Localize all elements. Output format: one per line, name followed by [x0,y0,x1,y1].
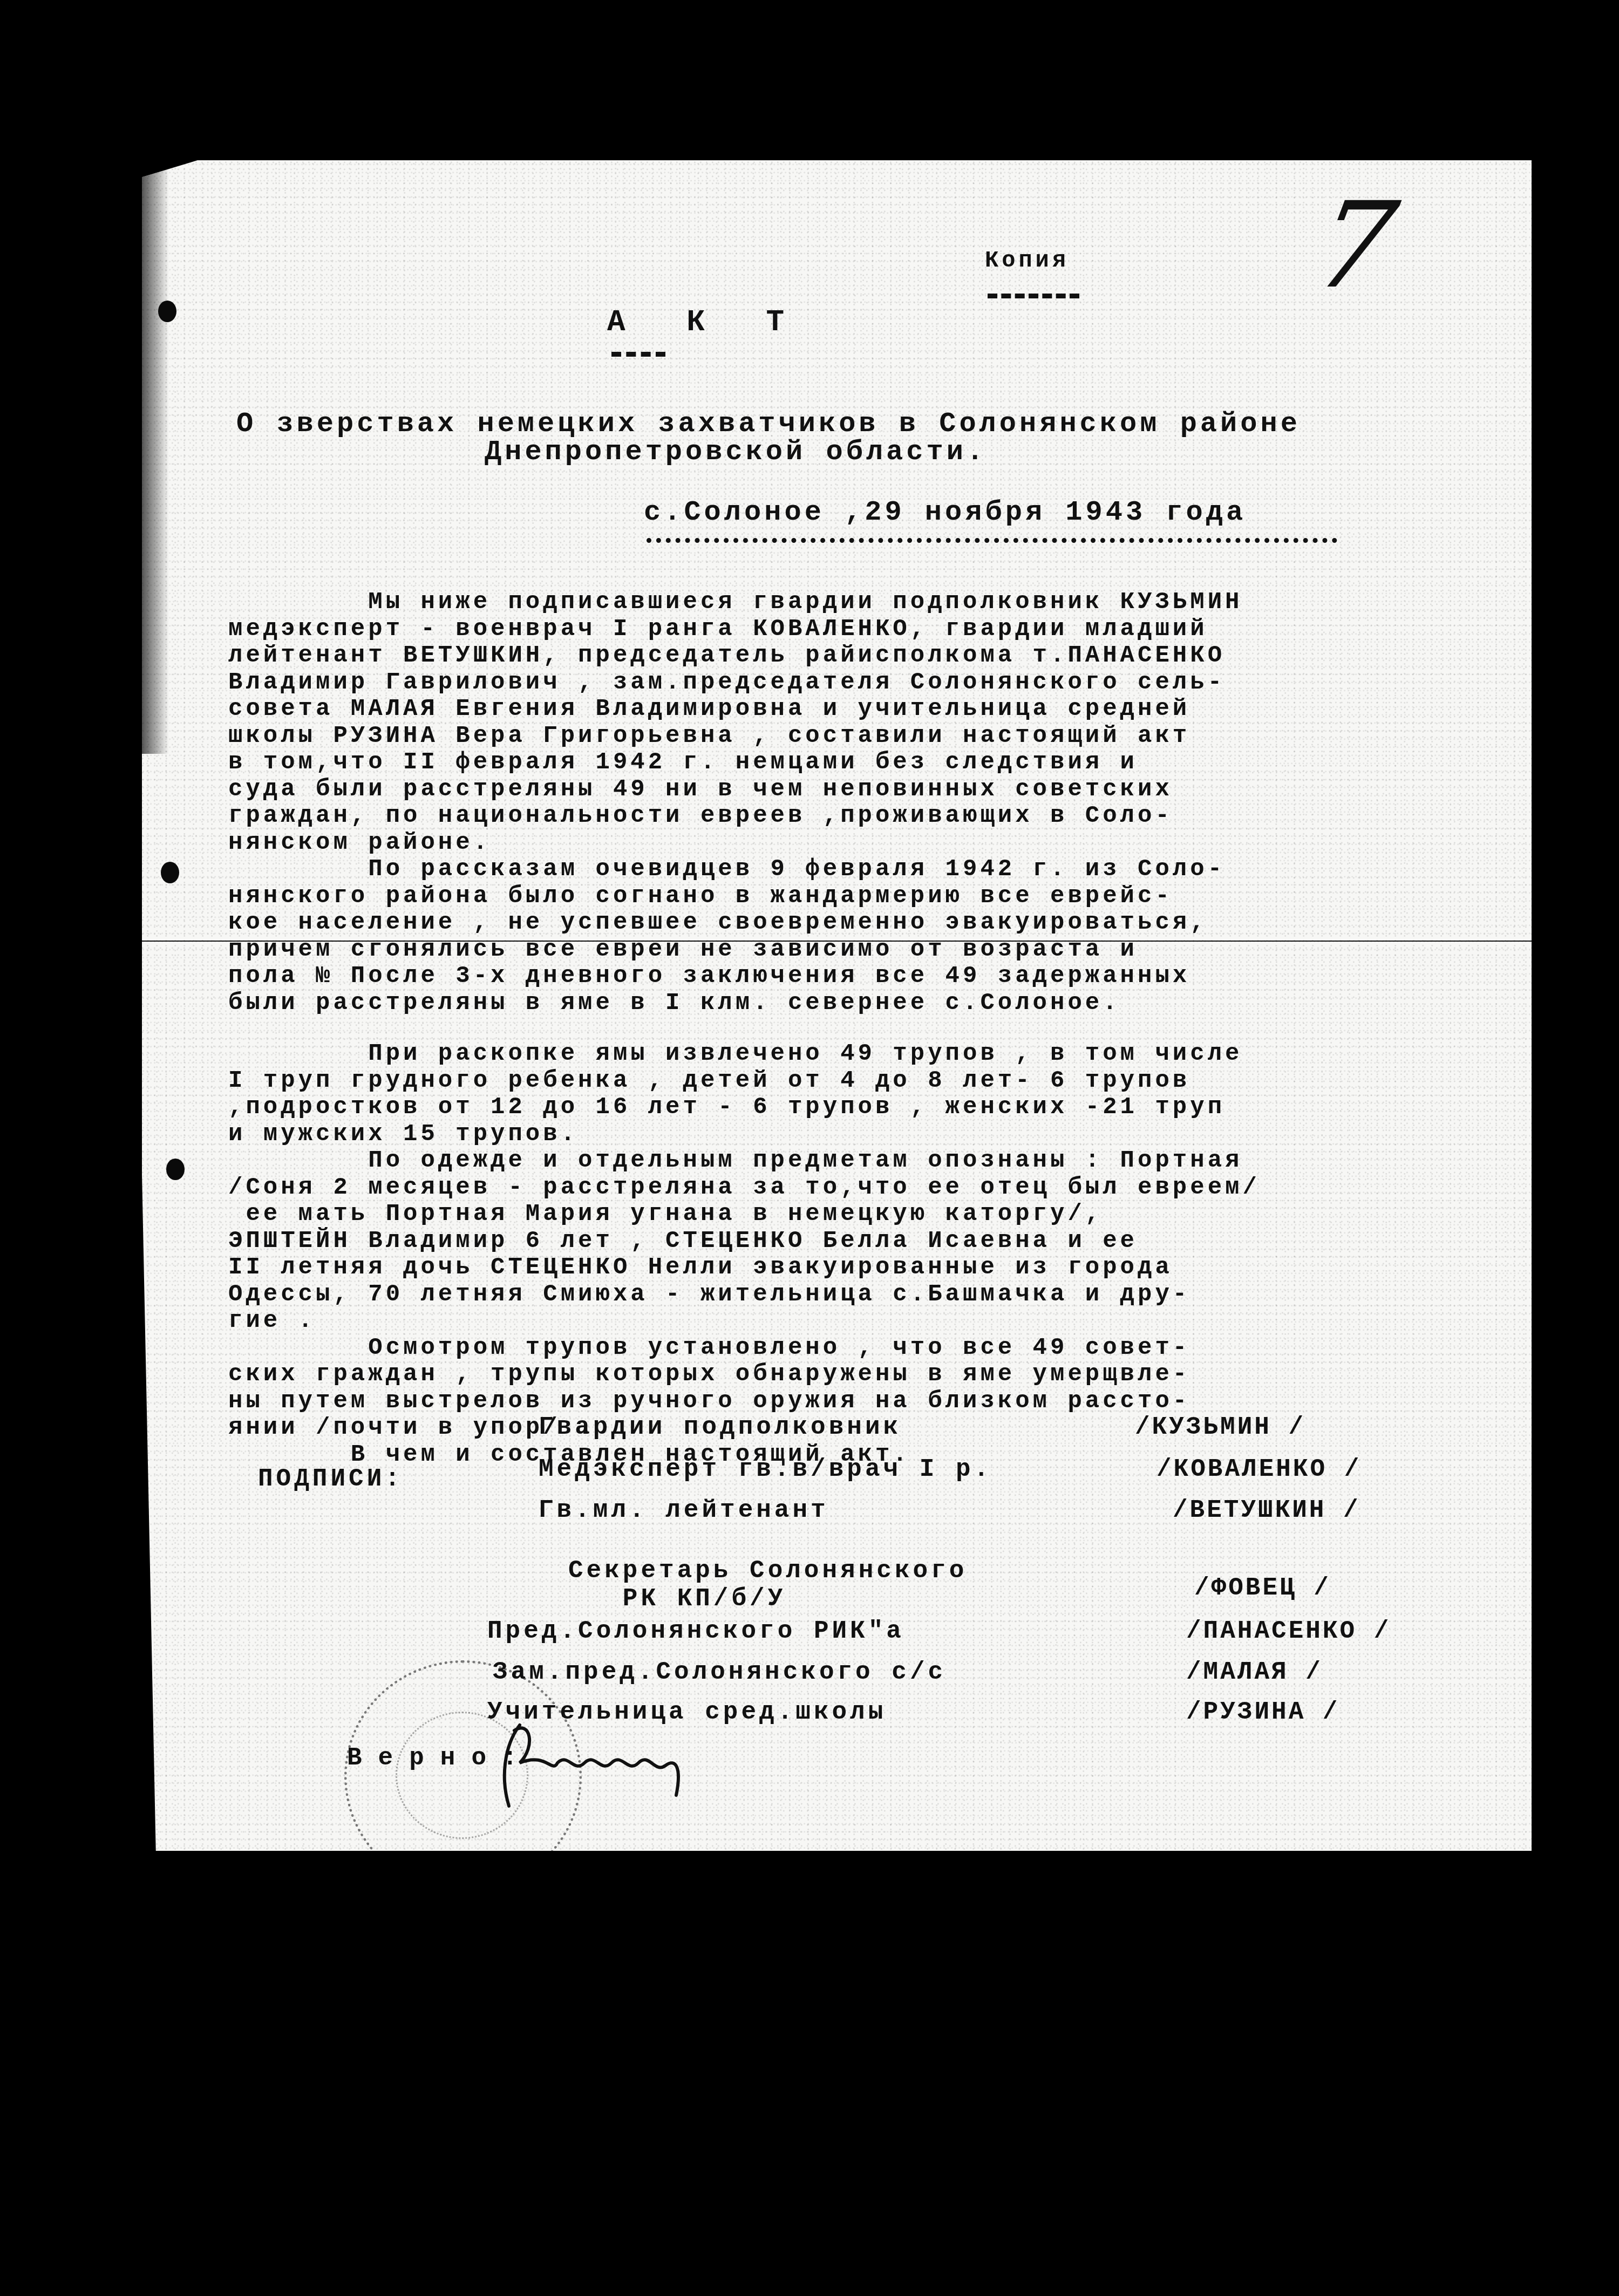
signatory-title: Пред.Солонянского РИК"а [487,1617,904,1645]
body-line: школы РУЗИНА Вера Григорьевна , составил… [228,723,1534,750]
signatory-title: Гв.мл. лейтенант [539,1496,829,1524]
body-line: нянском районе. [228,830,1534,857]
body-line: ны путем выстрелов из ручного оружия на … [228,1388,1534,1415]
signatory-title: Зам.пред.Солонянского с/с [493,1658,946,1686]
body-line: I труп грудного ребенка , детей от 4 до … [228,1068,1534,1095]
body-line: ЭПШТЕЙН Владимир 6 лет , СТЕЦЕНКО Белла … [228,1228,1534,1255]
body-line: Мы ниже подписавшиеся гвардии подполковн… [228,589,1534,616]
document-page: Копия 7 А К Т О зверствах немецких захва… [142,160,1532,1851]
body-line: пола № После 3-х дневного заключения все… [228,963,1534,990]
subtitle-line-2: Днепропетровской области. [236,436,987,468]
body-line: ,подростков от 12 до 16 лет - 6 трупов ,… [228,1094,1534,1121]
signatory-name: /ВЕТУШКИН / [1173,1496,1360,1524]
body-line: По рассказам очевидцев 9 февраля 1942 г.… [228,856,1534,883]
signatory-name: /РУЗИНА / [1186,1698,1339,1726]
signatory-title: Гвардии подполковник [539,1413,901,1441]
body-line: гие . [228,1308,1534,1335]
body-line: нянского района было согнано в жандармер… [228,883,1534,910]
dateline-underline [647,538,1337,543]
body-line: суда были расстреляны 49 ни в чем непови… [228,776,1534,803]
signatory-name: /ФОВЕЦ / [1194,1574,1331,1602]
handwritten-signature [498,1714,703,1811]
signatory-name: /МАЛАЯ / [1186,1658,1323,1686]
title-underline [611,352,665,357]
body-line: II летняя дочь СТЕЦЕНКО Нелли эвакуирова… [228,1255,1534,1282]
body-line: ских граждан , трупы которых обнаружены … [228,1361,1534,1388]
copy-label: Копия [985,248,1069,274]
body-line: /Соня 2 месяцев - расстреляна за то,что … [228,1175,1534,1202]
page-edge-shadow [142,160,169,754]
act-body: Мы ниже подписавшиеся гвардии подполковн… [228,589,1534,1468]
signatory-title: Медэксперт гв.в/врач I р. [539,1455,992,1483]
body-line: При раскопке ямы извлечено 49 трупов , в… [228,1041,1534,1068]
body-line: и мужских 15 трупов. [228,1121,1534,1148]
document-subtitle: О зверствах немецких захватчиков в Солон… [236,410,1301,466]
signatures-label: ПОДПИСИ: [258,1465,403,1493]
subtitle-line-1: О зверствах немецких захватчиков в Солон… [236,408,1301,440]
body-line: граждан, по национальности евреев ,прожи… [228,803,1534,830]
body-line: причем сгонялись все евреи не зависимо о… [228,937,1534,964]
body-line: По одежде и отдельным предметам опознаны… [228,1148,1534,1175]
paragraph-gap [228,1017,1534,1041]
body-line: Владимир Гаврилович , зам.председателя С… [228,670,1534,697]
signatory-title: Секретарь Солонянского РК КП/б/У [568,1557,967,1613]
body-line: Осмотром трупов установлено , что все 49… [228,1335,1534,1362]
signatory-name: /КОВАЛЕНКО / [1157,1455,1361,1483]
body-line: кое население , не успевшее своевременно… [228,910,1534,937]
punch-hole [161,862,179,883]
handwritten-page-number: 7 [1306,176,1406,315]
signatory-name: /ПАНАСЕНКО / [1186,1617,1391,1645]
body-line: лейтенант ВЕТУШКИН, председатель райиспо… [228,643,1534,670]
body-line: в том,что II февраля 1942 г. немцами без… [228,750,1534,776]
body-line: Одессы, 70 летняя Смиюха - жительница с.… [228,1282,1534,1309]
copy-underline [988,294,1079,298]
body-line: совета МАЛАЯ Евгения Владимировна и учит… [228,696,1534,723]
punch-hole [166,1159,185,1180]
body-line: ее мать Портная Мария угнана в немецкую … [228,1201,1534,1228]
body-line: были расстреляны в яме в I клм. севернее… [228,990,1534,1017]
punch-hole [158,301,176,322]
document-title: А К Т [607,305,806,339]
dateline: с.Солоное ,29 ноября 1943 года [644,496,1246,528]
signatory-name: /КУЗЬМИН / [1135,1413,1305,1441]
body-line: медэксперт - военврач I ранга КОВАЛЕНКО,… [228,616,1534,643]
